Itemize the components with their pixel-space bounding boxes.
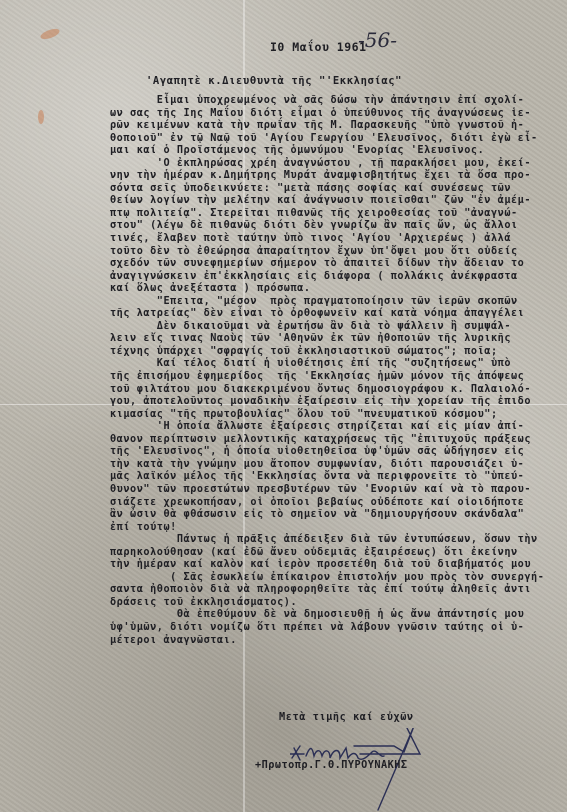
body-line: παρηκολούθησαν (καί ἐδῶ ἄνευ οὐδεμιᾶς ἐξ… [110,547,560,560]
body-line: ( Σᾶς ἐσωκλείω ἐπίκαιρον ἐπιστολήν μου π… [110,572,560,585]
body-line: ἐπί τούτῳ! [110,522,560,535]
body-line: "Επειτα, "μέσον πρὸς πραγματοποίησιν τῶν… [110,296,560,309]
body-line: τινές, ἔλαβεν ποτὲ ταύτην ὑπὸ τινος 'Αγί… [110,233,560,246]
closing-line: Μετὰ τιμῆς καί εὐχῶν [279,712,414,723]
body-line: καί ὅλως ἀνεξέταστα ) πρόσωπα. [110,283,560,296]
body-line: τέχνης ὑπάρχει "σφραγίς τοῦ ἐκκλησιαστικ… [110,346,560,359]
body-line: ων σας τῆς Ιης Μαΐου διότι εἶμαι ὁ ὑπεύθ… [110,108,560,121]
body-line: ἀναγιγνώσκειν ἐπ'ἐκκλησίαις εἰς διάφορα … [110,271,560,284]
body-line: ρῶν κειμένων κατὰ τὴν πρωΐαν τῆς Μ. Παρα… [110,120,560,133]
paper-stain [39,27,61,41]
salutation: 'Αγαπητὲ κ.Διευθυντὰ τῆς "'Εκκλησίας" [146,75,402,87]
body-line: σαντα ἠθοποιὸν διὰ νὰ πληροφορηθεῖτε τὰς… [110,584,560,597]
body-line: τὴν ἡμέραν καί καλὸν καί ἱερὸν προσετέθη… [110,559,560,572]
body-line: δράσεις τοῦ ἐκκλησιάσματος). [110,597,560,610]
body-line: τῆς 'Ελευσῖνος", ἡ ὁποία υἱοθετηθεῖσα ὑφ… [110,446,560,459]
body-line: 'Η ὁποία ἄλλωστε ἐξαίρεσις στηρίζεται κα… [110,421,560,434]
body-line: 'Ο ἐκπληρώσας χρέη ἀναγνώστου , τῇ παρακ… [110,158,560,171]
body-line: Πάντως ἡ πρᾶξις ἀπέδειξεν διὰ τῶν ἐντυπώ… [110,534,560,547]
body-line: γου, ἀποτελοῦντος μοναδικὴν ἐξαίρεσιν εἰ… [110,396,560,409]
body-line: θείων λογίων τὴν μελέτην καί ἀνάγνωσιν π… [110,195,560,208]
body-line: ὑφ'ὑμῶν, διότι νομίζω ὅτι πρέπει νὰ λάβο… [110,622,560,635]
body-line: τοῦ φιλτάτου μου διακεκριμένου ὄντως δημ… [110,384,560,397]
paper-stain [38,110,44,124]
body-line: λειν εἴς τινας Ναοὺς τῶν 'Αθηνῶν ἐκ τῶν … [110,333,560,346]
body-line: σόντα σεῖς ὑποδεικνύετε: "μετὰ πάσης σοφ… [110,183,560,196]
body-line: τῆς λατρείας" δὲν εἶναι τὸ ὀρθοφωνεῖν κα… [110,308,560,321]
body-line: Εἶμαι ὑποχρεωμένος νὰ σᾶς δώσω τὴν ἀπάντ… [110,95,560,108]
body-line: σιάζετε χρεωκοπήσαν, οἱ ὁποῖοι βεβαίως ο… [110,497,560,510]
body-line: νην τὴν ἡμέραν κ.Δημήτρης Μυράτ ἀναμφισβ… [110,170,560,183]
body-line: στου" (λέγω δὲ πιθανῶς διότι δὲν γνωρίζω… [110,220,560,233]
body-line: θοποιοῦ" ἐν τῷ Ναῷ τοῦ 'Αγίου Γεωργίου '… [110,133,560,146]
handwritten-page-number: -56- [358,28,397,52]
body-line: τοῦτο δὲν τὸ ἐθεώρησα ἀπαραίτητον ἔχων ὑ… [110,246,560,259]
body-line: θυνον" τῶν προεστώτων πρεσβυτέρων τῶν 'Ε… [110,484,560,497]
body-line: θανον περίπτωσιν μελλοντικῆς καταχρήσεως… [110,434,560,447]
body-line: κιμασίας "τῆς πρωτοβουλίας" ὅλου τοῦ "πν… [110,409,560,422]
body-line: τὴν κατὰ τὴν γνώμην μου ἄτοπον συμφωνίαν… [110,459,560,472]
body-line: ἂν ὦσιν θὰ φθάσωσιν εἰς τὸ σημεῖον νὰ "δ… [110,509,560,522]
body-line: Θὰ ἐπεθύμουν δὲ νὰ δημοσιευθῇ ἡ ὡς ἄνω ἀ… [110,609,560,622]
body-line: σχεδόν τῶν συνεφημερίων σήμερον τὸ ἀπαιτ… [110,258,560,271]
body-line: πτῳ πολιτείᾳ". Στερεῖται πιθανῶς τῆς χει… [110,208,560,221]
body-line: Δὲν δικαιοῦμαι νὰ ἐρωτήσω ἂν διὰ τὸ ψάλλ… [110,321,560,334]
body-line: Καί τέλος διατί ἡ υἱοθέτησις ἐπί τῆς "συ… [110,358,560,371]
body-line: μᾶς λαϊκόν μέλος τῆς 'Εκκλησίας ὄντα νὰ … [110,471,560,484]
signer-name: +Πρωτοπρ.Γ.Θ.ΠΥΡΟΥΝΑΚΗΣ [255,760,408,771]
body-line: μαι καί ὁ Προϊστάμενος τῆς ὁμωνύμου 'Ενο… [110,145,560,158]
letter-date: I0 Μαΐου 1961 [270,40,367,54]
body-line: μέτεροι ἀναγνῶσται. [110,635,560,648]
letter-body: Εἶμαι ὑποχρεωμένος νὰ σᾶς δώσω τὴν ἀπάντ… [110,95,560,647]
body-line: τῆς ἐπισήμου ἐφημερίδος τῆς 'Εκκλησίας ἡ… [110,371,560,384]
